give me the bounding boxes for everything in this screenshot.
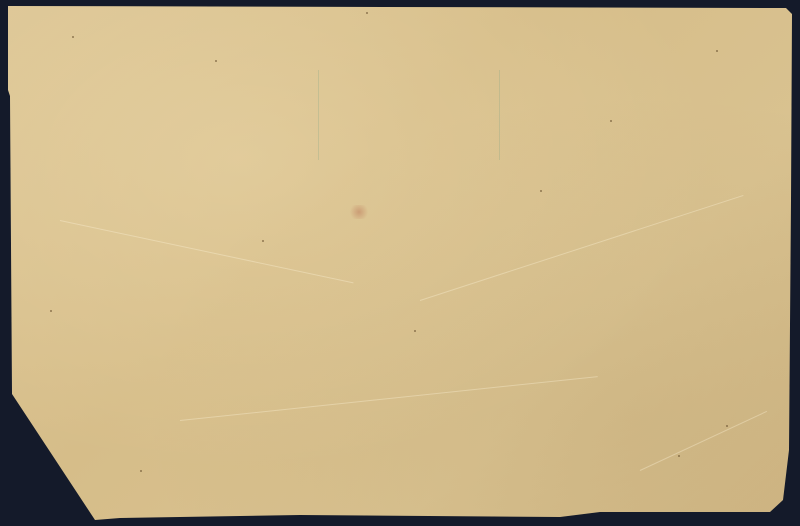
- speck: [414, 330, 416, 332]
- speck: [540, 190, 542, 192]
- speck: [215, 60, 217, 62]
- speck: [716, 50, 718, 52]
- faint-stamp-bleedthrough: [318, 70, 500, 160]
- speck: [50, 310, 52, 312]
- speck: [610, 120, 612, 122]
- speck: [726, 425, 728, 427]
- speck: [72, 36, 74, 38]
- speck: [366, 12, 368, 14]
- speck: [262, 240, 264, 242]
- red-stain: [348, 205, 370, 219]
- speck: [678, 455, 680, 457]
- speck: [140, 470, 142, 472]
- envelope-photo: [0, 0, 800, 526]
